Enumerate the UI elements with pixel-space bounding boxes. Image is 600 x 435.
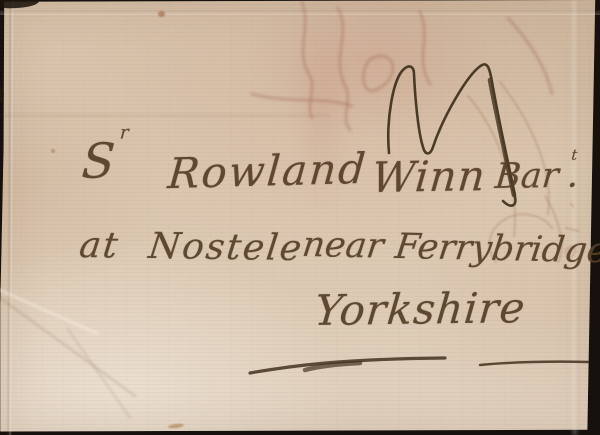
address-honorific: Sr bbox=[80, 132, 129, 190]
title-text: Bar bbox=[493, 156, 560, 197]
address-first-name: Rowland bbox=[166, 144, 369, 198]
address-line2-near-town: near Ferrybridge bbox=[300, 225, 600, 271]
honorific-letter: S bbox=[80, 133, 117, 190]
address-county: Yorkshire bbox=[313, 283, 528, 335]
address-title-baronet: Bart. bbox=[493, 156, 580, 198]
edge-nick bbox=[0, 88, 4, 102]
address-surname: Winn bbox=[370, 151, 488, 202]
honorific-superscript: r bbox=[119, 122, 129, 143]
letter-paper-sheet bbox=[0, 0, 600, 435]
address-line2-place: at Nostele bbox=[77, 225, 305, 269]
